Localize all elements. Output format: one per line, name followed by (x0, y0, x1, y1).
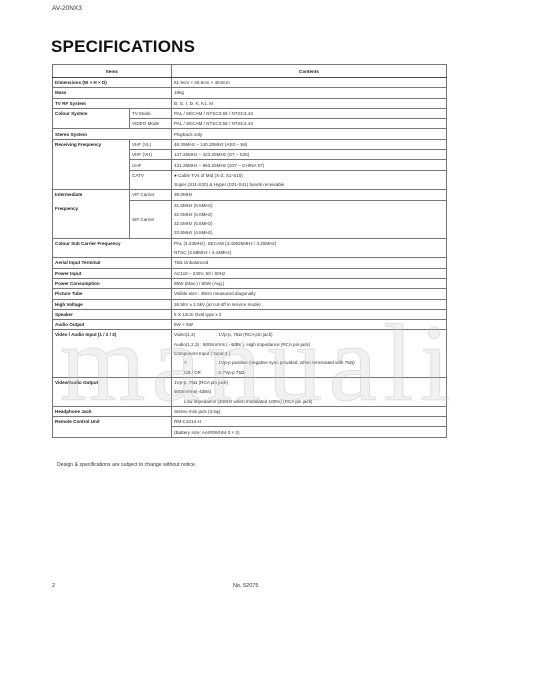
sub-video-mode: VIDEO Mode (130, 119, 172, 129)
value-mass: 19kg (172, 88, 447, 98)
value-va-output: 1Vp-p, 75Ω (RCA pin jack) 500mVrms(-4dBs… (172, 377, 447, 406)
document-number: No. 52075 (233, 583, 258, 589)
model-number: AV-20NX3 (52, 5, 82, 12)
va-input-y-value: : 1Vp-p positive (negative sync provided… (216, 360, 355, 365)
va-input-cbcr-label: CB / CR (184, 368, 216, 377)
value-tv-rf: B, G, I, D, K, K1, M (172, 98, 447, 108)
page-title: SPECIFICATIONS (51, 37, 195, 57)
disclaimer-note: Design & specifications are subject to c… (57, 462, 196, 468)
table-row: Colour System TV Mode PAL / SECAM / NTSC… (53, 108, 447, 118)
va-input-video: Video(1,3): 1Vp-p, 75Ω (RCA pin jack) (174, 330, 444, 339)
item-tv-rf: TV RF System (53, 98, 172, 108)
value-sif-carrier: 31.5MHz (6.5MHz) 32.0MHz (6.0MHz) 32.5MH… (172, 200, 447, 238)
value-remote-model: RM-C1014-H (172, 417, 447, 427)
value-dimensions: 61.9cm × 45.8cm × 48.8cm (172, 78, 447, 88)
item-va-input: Video / Audio Input (1 / 2 / 3) (53, 330, 172, 377)
table-row: Remote Control Unit RM-C1014-H (53, 417, 447, 427)
value-va-input: Video(1,3): 1Vp-p, 75Ω (RCA pin jack) Au… (172, 330, 447, 377)
item-colour-system: Colour System (53, 108, 130, 129)
item-speaker: Speaker (53, 309, 172, 319)
value-power-consumption: 95W (Max.) / 60W (Avg.) (172, 278, 447, 288)
table-row: Aerial Input Terminal 75Ω Unbalanced (53, 258, 447, 268)
va-input-y: Y: 1Vp-p positive (negative sync provide… (174, 358, 444, 367)
table-row: Stereo System Playback only (53, 129, 447, 139)
header-items: Items (53, 65, 172, 78)
table-row: Power Consumption 95W (Max.) / 60W (Avg.… (53, 278, 447, 288)
table-row: Power Input AC110 – 240V, 50 / 60Hz (53, 268, 447, 278)
sif-value: 32.5MHz (5.5MHz) (174, 219, 444, 228)
sub-vhf-vh: VHF (VH) (130, 150, 172, 160)
item-intermediate-line2: Frequency (55, 204, 127, 213)
value-power-input: AC110 – 240V, 50 / 60Hz (172, 268, 447, 278)
item-mass: Mass (53, 88, 172, 98)
sub-vif-carrier: VIF Carrier (130, 190, 172, 200)
value-catv: ● Cable TVs of Mid (X-Z, S1-S10) Super (… (172, 170, 447, 190)
catv-line-2: Super (S11-S20) & Hyper (S21-S41) bands … (174, 180, 444, 189)
va-input-video-value: : 1Vp-p, 75Ω (RCA pin jack) (216, 332, 273, 337)
table-row: Receiving Frequency VHF (VL) 46.25MHz – … (53, 139, 447, 149)
item-headphone: Headphone Jack (53, 406, 172, 416)
value-stereo: Playback only (172, 129, 447, 139)
item-remote: Remote Control Unit (53, 417, 172, 438)
value-speaker: 5 X 12cm Oval type x 2 (172, 309, 447, 319)
sub-vhf-vl: VHF (VL) (130, 139, 172, 149)
sub-uhf: UHF (130, 160, 172, 170)
item-picture-tube: Picture Tube (53, 289, 172, 299)
value-remote-battery: (Battery size: AA/R06/UM-3 × 2) (172, 427, 447, 437)
value-colour-sub-carrier: PAL (4.43MHz), SECAM (4.40625MHz / 4.25M… (172, 238, 447, 258)
table-row: Intermediate Frequency VIF Carrier 38.0M… (53, 190, 447, 200)
value-aerial: 75Ω Unbalanced (172, 258, 447, 268)
item-va-output: Video/Audio Output (53, 377, 172, 406)
item-audio-output: Audio Output (53, 320, 172, 330)
value-vif-carrier: 38.0MHz (172, 190, 447, 200)
table-row: High Voltage 26.5kV ± 1.5kV (at cut-off … (53, 299, 447, 309)
value-video-mode: PAL / SECAM / NTSC3.58 / NTSC4.43 (172, 119, 447, 129)
va-input-cbcr: CB / CR: 0.7Vp-p 75Ω (174, 368, 444, 377)
sif-value: 32.0MHz (6.0MHz) (174, 210, 444, 219)
table-row: TV RF System B, G, I, D, K, K1, M (53, 98, 447, 108)
table-row: Dimensions (W × H × D) 61.9cm × 45.8cm ×… (53, 78, 447, 88)
sub-catv: CATV (130, 170, 172, 190)
page-number: 2 (52, 583, 55, 589)
va-input-video-label: Video(1,3) (174, 330, 216, 339)
item-intermediate-line1: Intermediate (55, 190, 127, 199)
sub-tv-mode: TV Mode (130, 108, 172, 118)
item-stereo: Stereo System (53, 129, 172, 139)
va-output-line: 500mVrms(-4dBs) (174, 387, 444, 396)
table-header-row: Items Contents (53, 65, 447, 78)
value-high-voltage: 26.5kV ± 1.5kV (at cut-off in service mo… (172, 299, 447, 309)
table-row: Colour Sub Carrier Frequency PAL (4.43MH… (53, 238, 447, 258)
va-input-audio: Audio(1,2,3) : 500mVrms ( -4dBs ), High … (174, 340, 444, 349)
va-input-y-label: Y (184, 358, 216, 367)
item-intermediate-frequency: Intermediate Frequency (53, 190, 130, 238)
specifications-table: Items Contents Dimensions (W × H × D) 61… (52, 64, 447, 438)
sif-value: 31.5MHz (6.5MHz) (174, 201, 444, 210)
va-output-line: 1Vp-p, 75Ω (RCA pin jack) (174, 378, 444, 387)
value-tv-mode: PAL / SECAM / NTSC3.58 / NTSC4.43 (172, 108, 447, 118)
colour-sub-line: NTSC (3.58MHz / 4.43MHz) (174, 248, 444, 257)
colour-sub-line: PAL (4.43MHz), SECAM (4.40625MHz / 4.25M… (174, 239, 444, 248)
value-headphone: Stereo mini jack (3.5φ) (172, 406, 447, 416)
va-input-cbcr-value: : 0.7Vp-p 75Ω (216, 370, 244, 375)
item-receiving-frequency: Receiving Frequency (53, 139, 130, 189)
va-output-line: Low impedance (400Hz when modulated 100%… (174, 397, 444, 406)
table-row: Speaker 5 X 12cm Oval type x 2 (53, 309, 447, 319)
item-power-consumption: Power Consumption (53, 278, 172, 288)
value-vhf-vl: 46.25MHz – 140.25MHz (AS0 – S6) (172, 139, 447, 149)
item-power-input: Power Input (53, 268, 172, 278)
value-vhf-vh: 147.25MHz – 423.25MHz (S7 – S36) (172, 150, 447, 160)
value-picture-tube: Visible size : 48cm measured diagonally (172, 289, 447, 299)
table-row: Video/Audio Output 1Vp-p, 75Ω (RCA pin j… (53, 377, 447, 406)
item-dimensions: Dimensions (W × H × D) (53, 78, 172, 88)
value-uhf: 431.25MHz – 863.25MHz (S37 – CHINA 57) (172, 160, 447, 170)
sub-sif-carrier: SIF Carrier (130, 200, 172, 238)
table-row: Mass 19kg (53, 88, 447, 98)
sif-value: 33.5MHz (4.5MHz) (174, 228, 444, 237)
va-input-component: Component Input ( Input 2 ) (174, 349, 444, 358)
value-audio-output: 5W + 5W (172, 320, 447, 330)
table-row: Headphone Jack Stereo mini jack (3.5φ) (53, 406, 447, 416)
item-aerial: Aerial Input Terminal (53, 258, 172, 268)
table-row: Video / Audio Input (1 / 2 / 3) Video(1,… (53, 330, 447, 377)
header-contents: Contents (172, 65, 447, 78)
catv-line-1: ● Cable TVs of Mid (X-Z, S1-S10) (174, 171, 444, 180)
table-row: Picture Tube Visible size : 48cm measure… (53, 289, 447, 299)
table-row: Audio Output 5W + 5W (53, 320, 447, 330)
item-high-voltage: High Voltage (53, 299, 172, 309)
item-colour-sub-carrier: Colour Sub Carrier Frequency (53, 238, 172, 258)
